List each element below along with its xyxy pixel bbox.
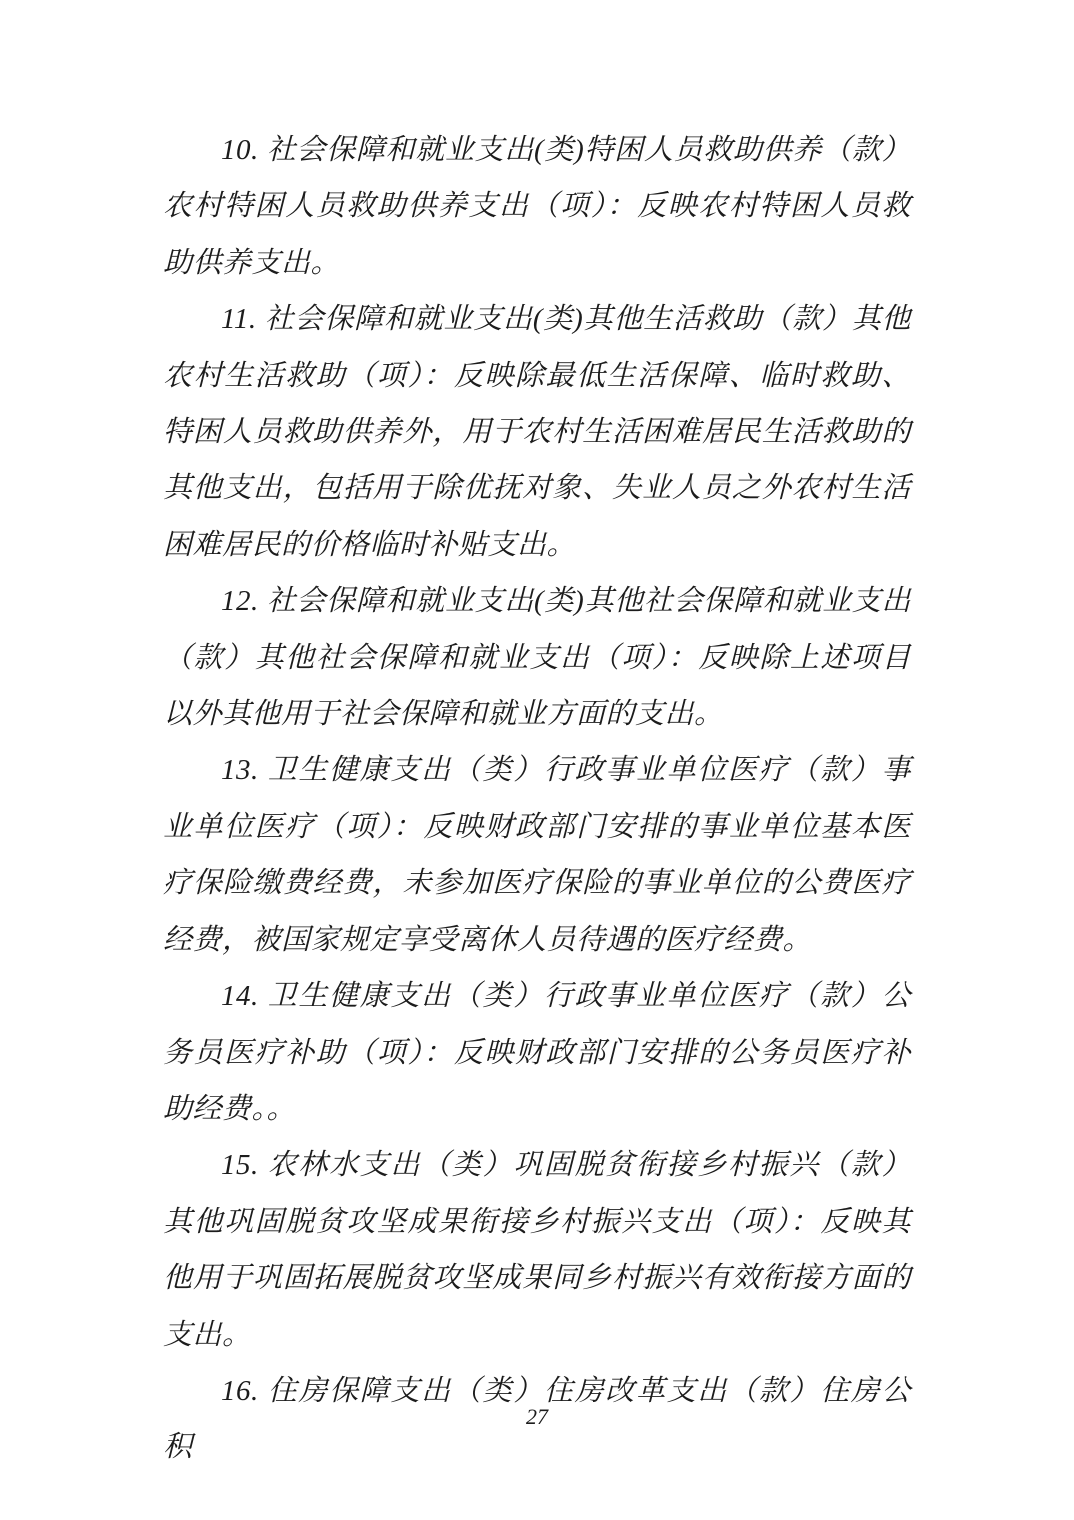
- paragraph-item-13: 13. 卫生健康支出（类）行政事业单位医疗（款）事业单位医疗（项）：反映财政部门…: [163, 742, 911, 968]
- page-number: 27: [0, 1404, 1074, 1430]
- paragraph-item-12: 12. 社会保障和就业支出(类)其他社会保障和就业支出（款）其他社会保障和就业支…: [163, 573, 911, 742]
- paragraph-item-14: 14. 卫生健康支出（类）行政事业单位医疗（款）公务员医疗补助（项）：反映财政部…: [163, 968, 911, 1137]
- paragraph-item-15: 15. 农林水支出（类）巩固脱贫衔接乡村振兴（款）其他巩固脱贫攻坚成果衔接乡村振…: [163, 1137, 911, 1363]
- paragraph-item-11: 11. 社会保障和就业支出(类)其他生活救助（款）其他农村生活救助（项）：反映除…: [163, 291, 911, 573]
- document-body: 10. 社会保障和就业支出(类)特困人员救助供养（款）农村特困人员救助供养支出（…: [163, 122, 911, 1476]
- document-page: 10. 社会保障和就业支出(类)特困人员救助供养（款）农村特困人员救助供养支出（…: [0, 0, 1074, 1520]
- paragraph-item-10: 10. 社会保障和就业支出(类)特困人员救助供养（款）农村特困人员救助供养支出（…: [163, 122, 911, 291]
